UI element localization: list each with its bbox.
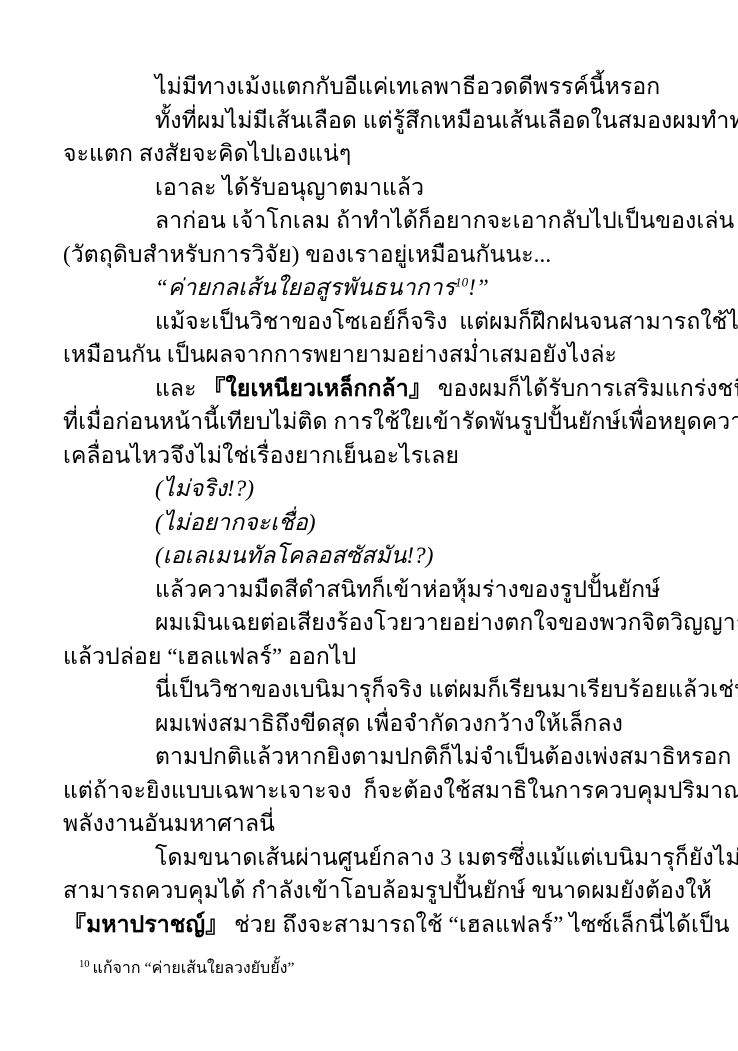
text-line: แล้วปล่อย “เฮลแฟลร์” ออกไป <box>63 640 703 674</box>
text-segment: เอาละ ได้รับอนุญาตมาแล้ว <box>155 175 424 200</box>
text-segment: เหมือนกัน เป็นผลจากการพยายามอย่างสม่ำเสม… <box>63 342 617 367</box>
text-line: ไม่มีทางเม้งแตกกับอีแค่เทเลพาธีอวดดีพรรค… <box>63 70 703 104</box>
body-text-block: ไม่มีทางเม้งแตกกับอีแค่เทเลพาธีอวดดีพรรค… <box>63 70 703 941</box>
text-segment: แล้วปล่อย “เฮลแฟลร์” ออกไป <box>63 644 356 669</box>
text-segment: ตามปกติแล้วหากยิงตามปกติก็ไม่จำเป็นต้องเ… <box>155 744 731 769</box>
text-line: เคลื่อนไหวจึงไม่ใช่เรื่องยากเย็นอะไรเลย <box>63 439 703 473</box>
text-segment: (เอเลเมนทัลโคลอสซัสมัน!?) <box>155 543 434 568</box>
text-segment: (ไม่จริง!?) <box>155 476 254 501</box>
footnote-text: แก้จาก “ค่ายเส้นใยลวงยับยั้ง” <box>93 960 295 977</box>
text-segment: ไม่มีทางเม้งแตกกับอีแค่เทเลพาธีอวดดีพรรค… <box>155 74 660 99</box>
text-segment: จะแตก สงสัยจะคิดไปเองแน่ๆ <box>63 141 351 166</box>
text-segment: ที่เมื่อก่อนหน้านี้เทียบไม่ติด การใช้ใยเ… <box>63 409 738 434</box>
page: ไม่มีทางเม้งแตกกับอีแค่เทเลพาธีอวดดีพรรค… <box>0 0 738 1051</box>
text-line: (ไม่อยากจะเชื่อ) <box>63 506 703 540</box>
text-line: ผมเมินเฉยต่อเสียงร้องโวยวายอย่างตกใจของพ… <box>63 606 703 640</box>
text-line: จะแตก สงสัยจะคิดไปเองแน่ๆ <box>63 137 703 171</box>
text-line: และ 『ใยเหนียวเหล็กกล้า』 ของผมก็ได้รับการ… <box>63 372 703 406</box>
book-page: { "page": { "background_color": "#ffffff… <box>0 0 738 1051</box>
text-segment: สามารถควบคุมได้ กำลังเข้าโอบล้อมรูปปั้นย… <box>63 878 712 903</box>
footnote-reference: 10 <box>455 274 468 289</box>
text-segment: แล้วความมืดสีดำสนิทก็เข้าห่อหุ้มร่างของร… <box>155 577 660 602</box>
text-segment: แม้จะเป็นวิชาของโซเอย์ก็จริง แต่ผมก็ฝึกฝ… <box>155 309 738 334</box>
text-line: ตามปกติแล้วหากยิงตามปกติก็ไม่จำเป็นต้องเ… <box>63 740 703 774</box>
text-segment: ผมเมินเฉยต่อเสียงร้องโวยวายอย่างตกใจของพ… <box>155 610 738 635</box>
text-line: เหมือนกัน เป็นผลจากการพยายามอย่างสม่ำเสม… <box>63 338 703 372</box>
text-line: โดมขนาดเส้นผ่านศูนย์กลาง 3 เมตรซึ่งแม้แต… <box>63 841 703 875</box>
text-line: นี่เป็นวิชาของเบนิมารุก็จริง แต่ผมก็เรีย… <box>63 673 703 707</box>
skill-name: 『มหาปราชญ์』 <box>63 912 228 937</box>
skill-name: 『ใยเหนียวเหล็กกล้า』 <box>202 376 431 401</box>
text-segment: (ไม่อยากจะเชื่อ) <box>155 510 316 535</box>
text-segment: !” <box>468 275 489 300</box>
text-line: (เอเลเมนทัลโคลอสซัสมัน!?) <box>63 539 703 573</box>
text-segment: แต่ถ้าจะยิงแบบเฉพาะเจาะจง ก็จะต้องใช้สมา… <box>63 778 738 803</box>
text-segment: (วัตถุดิบสำหรับการวิจัย) ของเราอยู่เหมือ… <box>63 242 551 267</box>
text-line: พลังงานอันมหาศาลนี่ <box>63 807 703 841</box>
footnote: 10แก้จาก “ค่ายเส้นใยลวงยับยั้ง” <box>63 936 703 1002</box>
text-segment: ผมเพ่งสมาธิถึงขีดสุด เพื่อจำกัดวงกว้างให… <box>155 711 623 736</box>
footnote-marker: 10 <box>79 959 90 970</box>
text-line: แม้จะเป็นวิชาของโซเอย์ก็จริง แต่ผมก็ฝึกฝ… <box>63 305 703 339</box>
text-segment: เคลื่อนไหวจึงไม่ใช่เรื่องยากเย็นอะไรเลย <box>63 443 459 468</box>
text-segment: “ค่ายกลเส้นใยอสูรพันธนาการ <box>155 275 455 300</box>
text-line: สามารถควบคุมได้ กำลังเข้าโอบล้อมรูปปั้นย… <box>63 874 703 908</box>
text-line: ที่เมื่อก่อนหน้านี้เทียบไม่ติด การใช้ใยเ… <box>63 405 703 439</box>
text-line: แต่ถ้าจะยิงแบบเฉพาะเจาะจง ก็จะต้องใช้สมา… <box>63 774 703 808</box>
text-line: (ไม่จริง!?) <box>63 472 703 506</box>
text-segment: ของผมก็ได้รับการเสริมแกร่งชนิด <box>432 376 738 401</box>
text-line: ผมเพ่งสมาธิถึงขีดสุด เพื่อจำกัดวงกว้างให… <box>63 707 703 741</box>
text-segment: ลาก่อน เจ้าโกเลม ถ้าทำได้ก็อยากจะเอากลับ… <box>155 208 734 233</box>
text-line: “ค่ายกลเส้นใยอสูรพันธนาการ10!” <box>63 271 703 305</box>
text-segment: นี่เป็นวิชาของเบนิมารุก็จริง แต่ผมก็เรีย… <box>155 677 738 702</box>
text-line: เอาละ ได้รับอนุญาตมาแล้ว <box>63 171 703 205</box>
text-line: (วัตถุดิบสำหรับการวิจัย) ของเราอยู่เหมือ… <box>63 238 703 272</box>
text-line: ลาก่อน เจ้าโกเลม ถ้าทำได้ก็อยากจะเอากลับ… <box>63 204 703 238</box>
text-segment: และ <box>155 376 202 401</box>
text-segment: พลังงานอันมหาศาลนี่ <box>63 811 275 836</box>
text-segment: ทั้งที่ผมไม่มีเส้นเลือด แต่รู้สึกเหมือนเ… <box>155 108 738 133</box>
text-line: แล้วความมืดสีดำสนิทก็เข้าห่อหุ้มร่างของร… <box>63 573 703 607</box>
text-segment: ช่วย ถึงจะสามารถใช้ “เฮลแฟลร์” ไซซ์เล็กน… <box>228 912 729 937</box>
text-segment: โดมขนาดเส้นผ่านศูนย์กลาง 3 เมตรซึ่งแม้แต… <box>155 845 738 870</box>
text-line: ทั้งที่ผมไม่มีเส้นเลือด แต่รู้สึกเหมือนเ… <box>63 104 703 138</box>
